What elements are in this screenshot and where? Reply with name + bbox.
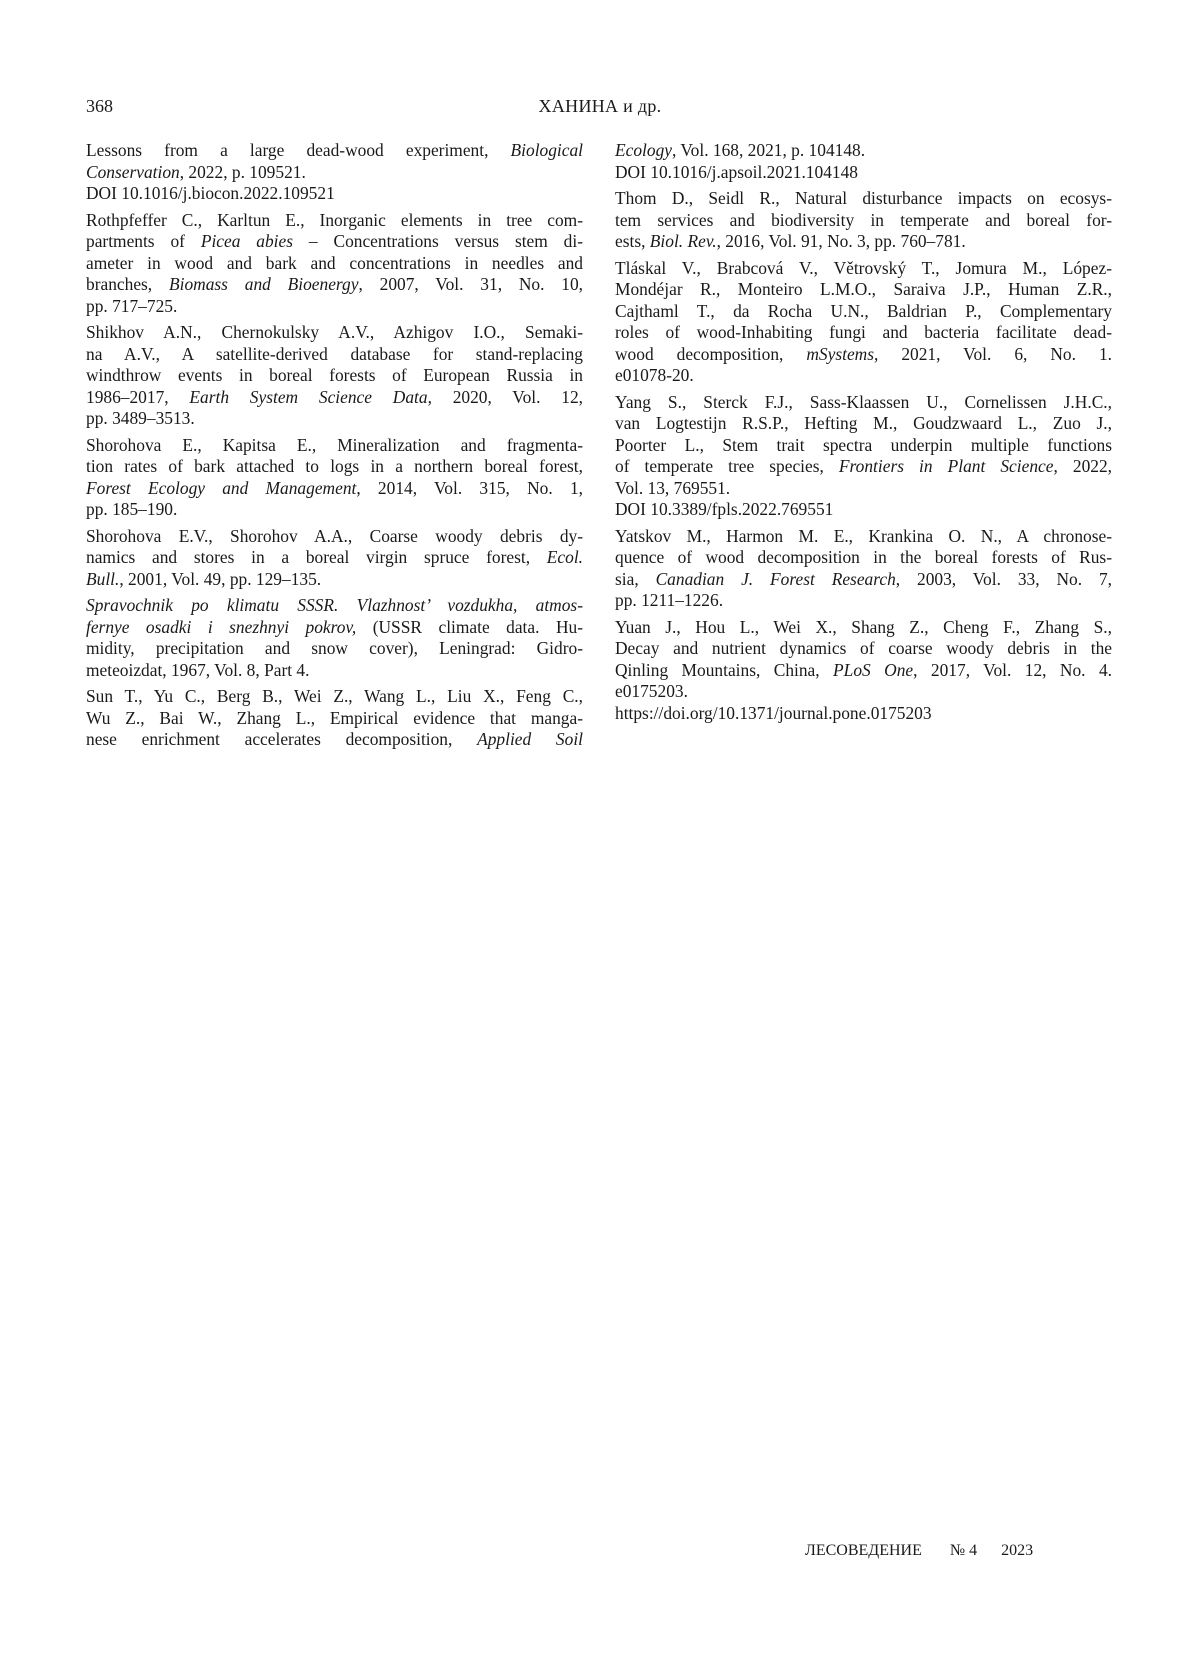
- italic-title: Biological: [511, 140, 583, 160]
- publication-year: 2023: [1001, 1542, 1033, 1559]
- reference-text: pp. 1211–1226.: [615, 590, 723, 610]
- references-right-column: Ecology, Vol. 168, 2021, p. 104148.DOI 1…: [615, 140, 1112, 729]
- reference-entry: Tláskal V., Brabcová V., Větrovský T., J…: [615, 258, 1112, 387]
- reference-text: e0175203.: [615, 681, 688, 701]
- reference-entry: Ecology, Vol. 168, 2021, p. 104148.DOI 1…: [615, 140, 1112, 183]
- reference-entry: Yuan J., Hou L., Wei X., Shang Z., Cheng…: [615, 617, 1112, 725]
- references-left-column: Lessons from a large dead-wood experimen…: [86, 140, 583, 756]
- reference-entry: Thom D., Seidl R., Natural disturbance i…: [615, 188, 1112, 253]
- reference-text: – Concentrations versus stem di-: [293, 231, 583, 251]
- reference-line: Forest Ecology and Management, 2014, Vol…: [86, 478, 583, 500]
- reference-text: DOI 10.1016/j.biocon.2022.109521: [86, 183, 335, 203]
- reference-text: , 2021, Vol. 6, No. 1.: [874, 344, 1112, 364]
- reference-line: windthrow events in boreal forests of Eu…: [86, 365, 583, 387]
- reference-text: , 2007, Vol. 31, No. 10,: [358, 274, 583, 294]
- reference-line: fernye osadki i snezhnyi pokrov, (USSR c…: [86, 617, 583, 639]
- reference-text: branches,: [86, 274, 169, 294]
- reference-line: tem services and biodiversity in tempera…: [615, 210, 1112, 232]
- reference-text: (USSR climate data. Hu-: [356, 617, 583, 637]
- italic-title: Biomass and Bioenergy: [169, 274, 359, 294]
- reference-line: ests, Biol. Rev., 2016, Vol. 91, No. 3, …: [615, 231, 1112, 253]
- italic-title: Picea abies: [201, 231, 293, 251]
- reference-text: Shorohova E., Kapitsa E., Mineralization…: [86, 435, 583, 455]
- reference-text: , 2017, Vol. 12, No. 4.: [913, 660, 1112, 680]
- italic-title: Forest Ecology and Management: [86, 478, 356, 498]
- reference-entry: Shorohova E., Kapitsa E., Mineralization…: [86, 435, 583, 521]
- reference-text: DOI 10.1016/j.apsoil.2021.104148: [615, 162, 858, 182]
- issue-number: № 4: [950, 1542, 977, 1559]
- reference-text: Vol. 13, 769551.: [615, 478, 730, 498]
- reference-text: pp. 185–190.: [86, 499, 177, 519]
- reference-line: Poorter L., Stem trait spectra underpin …: [615, 435, 1112, 457]
- reference-text: https://doi.org/10.1371/journal.pone.017…: [615, 703, 932, 723]
- reference-text: meteoizdat, 1967, Vol. 8, Part 4.: [86, 660, 309, 680]
- reference-line: Bull., 2001, Vol. 49, pp. 129–135.: [86, 569, 583, 591]
- reference-entry: Yatskov M., Harmon M. E., Krankina O. N.…: [615, 526, 1112, 612]
- reference-text: nese enrichment accelerates decompositio…: [86, 729, 477, 749]
- italic-title: Ecol.: [547, 547, 583, 567]
- reference-line: Yang S., Sterck F.J., Sass-Klaassen U., …: [615, 392, 1112, 414]
- journal-footer: ЛЕСОВЕДЕНИЕ № 4 2023: [805, 1542, 1033, 1560]
- reference-text: DOI 10.3389/fpls.2022.769551: [615, 499, 833, 519]
- reference-text: , 2016, Vol. 91, No. 3, pp. 760–781.: [717, 231, 966, 251]
- reference-line: na A.V., A satellite-derived database fo…: [86, 344, 583, 366]
- reference-line: Conservation, 2022, p. 109521.: [86, 162, 583, 184]
- reference-text: Thom D., Seidl R., Natural disturbance i…: [615, 188, 1112, 208]
- reference-text: tem services and biodiversity in tempera…: [615, 210, 1112, 230]
- reference-text: ests,: [615, 231, 650, 251]
- reference-line: Yuan J., Hou L., Wei X., Shang Z., Cheng…: [615, 617, 1112, 639]
- reference-line: Thom D., Seidl R., Natural disturbance i…: [615, 188, 1112, 210]
- reference-text: Decay and nutrient dynamics of coarse wo…: [615, 638, 1112, 658]
- reference-line: van Logtestijn R.S.P., Hefting M., Goudz…: [615, 413, 1112, 435]
- reference-line: DOI 10.1016/j.biocon.2022.109521: [86, 183, 583, 205]
- reference-line: quence of wood decomposition in the bore…: [615, 547, 1112, 569]
- reference-text: pp. 3489–3513.: [86, 408, 195, 428]
- reference-text: Qinling Mountains, China,: [615, 660, 833, 680]
- reference-line: Shikhov A.N., Chernokulsky A.V., Azhigov…: [86, 322, 583, 344]
- reference-line: Decay and nutrient dynamics of coarse wo…: [615, 638, 1112, 660]
- reference-line: pp. 185–190.: [86, 499, 583, 521]
- reference-line: midity, precipitation and snow cover), L…: [86, 638, 583, 660]
- reference-entry: Sun T., Yu C., Berg B., Wei Z., Wang L.,…: [86, 686, 583, 751]
- reference-line: partments of Picea abies – Concentration…: [86, 231, 583, 253]
- reference-line: Sun T., Yu C., Berg B., Wei Z., Wang L.,…: [86, 686, 583, 708]
- reference-text: quence of wood decomposition in the bore…: [615, 547, 1112, 567]
- reference-text: Shikhov A.N., Chernokulsky A.V., Azhigov…: [86, 322, 583, 342]
- reference-text: roles of wood-Inhabiting fungi and bacte…: [615, 322, 1112, 342]
- reference-line: pp. 1211–1226.: [615, 590, 1112, 612]
- reference-text: , 2022, p. 109521.: [180, 162, 306, 182]
- italic-title: Conservation: [86, 162, 180, 182]
- reference-text: windthrow events in boreal forests of Eu…: [86, 365, 583, 385]
- reference-entry: Rothpfeffer C., Karltun E., Inorganic el…: [86, 210, 583, 318]
- reference-line: DOI 10.1016/j.apsoil.2021.104148: [615, 162, 1112, 184]
- reference-line: DOI 10.3389/fpls.2022.769551: [615, 499, 1112, 521]
- reference-line: Mondéjar R., Monteiro L.M.O., Saraiva J.…: [615, 279, 1112, 301]
- reference-line: sia, Canadian J. Forest Research, 2003, …: [615, 569, 1112, 591]
- reference-text: e01078-20.: [615, 365, 694, 385]
- reference-line: Lessons from a large dead-wood experimen…: [86, 140, 583, 162]
- running-title: ХАНИНА и др.: [0, 96, 1200, 117]
- reference-text: , 2014, Vol. 315, No. 1,: [356, 478, 583, 498]
- reference-text: Tláskal V., Brabcová V., Větrovský T., J…: [615, 258, 1112, 278]
- reference-text: ameter in wood and bark and concentratio…: [86, 253, 583, 273]
- reference-text: Yang S., Sterck F.J., Sass-Klaassen U., …: [615, 392, 1112, 412]
- reference-entry: Shorohova E.V., Shorohov A.A., Coarse wo…: [86, 526, 583, 591]
- reference-text: , 2003, Vol. 33, No. 7,: [896, 569, 1112, 589]
- reference-entry: Yang S., Sterck F.J., Sass-Klaassen U., …: [615, 392, 1112, 521]
- reference-text: 1986–2017,: [86, 387, 189, 407]
- reference-text: of temperate tree species,: [615, 456, 839, 476]
- reference-line: pp. 3489–3513.: [86, 408, 583, 430]
- italic-title: Applied Soil: [477, 729, 583, 749]
- reference-text: Cajthaml T., da Rocha U.N., Baldrian P.,…: [615, 301, 1112, 321]
- reference-line: Shorohova E., Kapitsa E., Mineralization…: [86, 435, 583, 457]
- reference-text: sia,: [615, 569, 656, 589]
- reference-line: Qinling Mountains, China, PLoS One, 2017…: [615, 660, 1112, 682]
- italic-title: Spravochnik po klimatu SSSR. Vlazhnost’ …: [86, 595, 583, 615]
- reference-text: na A.V., A satellite-derived database fo…: [86, 344, 583, 364]
- reference-text: wood decomposition,: [615, 344, 806, 364]
- reference-text: Yuan J., Hou L., Wei X., Shang Z., Cheng…: [615, 617, 1112, 637]
- reference-text: Shorohova E.V., Shorohov A.A., Coarse wo…: [86, 526, 583, 546]
- reference-text: Lessons from a large dead-wood experimen…: [86, 140, 511, 160]
- reference-line: tion rates of bark attached to logs in a…: [86, 456, 583, 478]
- italic-title: mSystems: [806, 344, 874, 364]
- reference-text: , 2022,: [1053, 456, 1112, 476]
- reference-line: nese enrichment accelerates decompositio…: [86, 729, 583, 751]
- reference-line: roles of wood-Inhabiting fungi and bacte…: [615, 322, 1112, 344]
- reference-line: of temperate tree species, Frontiers in …: [615, 456, 1112, 478]
- reference-text: Mondéjar R., Monteiro L.M.O., Saraiva J.…: [615, 279, 1112, 299]
- reference-line: Ecology, Vol. 168, 2021, p. 104148.: [615, 140, 1112, 162]
- reference-line: Yatskov M., Harmon M. E., Krankina O. N.…: [615, 526, 1112, 548]
- italic-title: Frontiers in Plant Science: [839, 456, 1054, 476]
- reference-line: Shorohova E.V., Shorohov A.A., Coarse wo…: [86, 526, 583, 548]
- reference-line: Wu Z., Bai W., Zhang L., Empirical evide…: [86, 708, 583, 730]
- reference-entry: Shikhov A.N., Chernokulsky A.V., Azhigov…: [86, 322, 583, 430]
- italic-title: Ecology: [615, 140, 672, 160]
- reference-text: Wu Z., Bai W., Zhang L., Empirical evide…: [86, 708, 583, 728]
- italic-title: Bull.: [86, 569, 119, 589]
- reference-line: https://doi.org/10.1371/journal.pone.017…: [615, 703, 1112, 725]
- reference-text: namics and stores in a boreal virgin spr…: [86, 547, 547, 567]
- reference-entry: Spravochnik po klimatu SSSR. Vlazhnost’ …: [86, 595, 583, 681]
- reference-line: Tláskal V., Brabcová V., Větrovský T., J…: [615, 258, 1112, 280]
- reference-entry: Lessons from a large dead-wood experimen…: [86, 140, 583, 205]
- reference-line: e01078-20.: [615, 365, 1112, 387]
- reference-line: meteoizdat, 1967, Vol. 8, Part 4.: [86, 660, 583, 682]
- italic-title: Biol. Rev.: [650, 231, 717, 251]
- reference-line: branches, Biomass and Bioenergy, 2007, V…: [86, 274, 583, 296]
- reference-line: Vol. 13, 769551.: [615, 478, 1112, 500]
- reference-text: , 2020, Vol. 12,: [428, 387, 583, 407]
- reference-text: partments of: [86, 231, 201, 251]
- reference-line: pp. 717–725.: [86, 296, 583, 318]
- reference-text: Yatskov M., Harmon M. E., Krankina O. N.…: [615, 526, 1112, 546]
- journal-name: ЛЕСОВЕДЕНИЕ: [805, 1542, 922, 1559]
- reference-line: Cajthaml T., da Rocha U.N., Baldrian P.,…: [615, 301, 1112, 323]
- reference-line: namics and stores in a boreal virgin spr…: [86, 547, 583, 569]
- reference-text: Poorter L., Stem trait spectra underpin …: [615, 435, 1112, 455]
- italic-title: Canadian J. Forest Research: [656, 569, 896, 589]
- reference-line: ameter in wood and bark and concentratio…: [86, 253, 583, 275]
- reference-text: Sun T., Yu C., Berg B., Wei Z., Wang L.,…: [86, 686, 583, 706]
- reference-text: van Logtestijn R.S.P., Hefting M., Goudz…: [615, 413, 1112, 433]
- italic-title: fernye osadki i snezhnyi pokrov,: [86, 617, 356, 637]
- reference-line: 1986–2017, Earth System Science Data, 20…: [86, 387, 583, 409]
- reference-line: wood decomposition, mSystems, 2021, Vol.…: [615, 344, 1112, 366]
- reference-text: , 2001, Vol. 49, pp. 129–135.: [119, 569, 321, 589]
- reference-text: , Vol. 168, 2021, p. 104148.: [672, 140, 865, 160]
- reference-text: midity, precipitation and snow cover), L…: [86, 638, 583, 658]
- reference-line: Rothpfeffer C., Karltun E., Inorganic el…: [86, 210, 583, 232]
- reference-line: Spravochnik po klimatu SSSR. Vlazhnost’ …: [86, 595, 583, 617]
- reference-line: e0175203.: [615, 681, 1112, 703]
- italic-title: PLoS One: [833, 660, 913, 680]
- reference-text: tion rates of bark attached to logs in a…: [86, 456, 583, 476]
- italic-title: Earth System Science Data: [189, 387, 427, 407]
- reference-text: pp. 717–725.: [86, 296, 177, 316]
- reference-text: Rothpfeffer C., Karltun E., Inorganic el…: [86, 210, 583, 230]
